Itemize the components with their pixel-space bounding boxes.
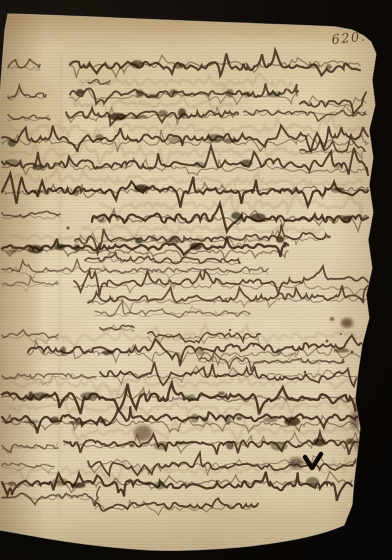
manuscript-photo: 620. [0, 0, 392, 560]
paper-sheet: 620. [0, 0, 392, 560]
paper-grain [0, 0, 392, 560]
manuscript-photo-stage: 620. [0, 0, 392, 560]
